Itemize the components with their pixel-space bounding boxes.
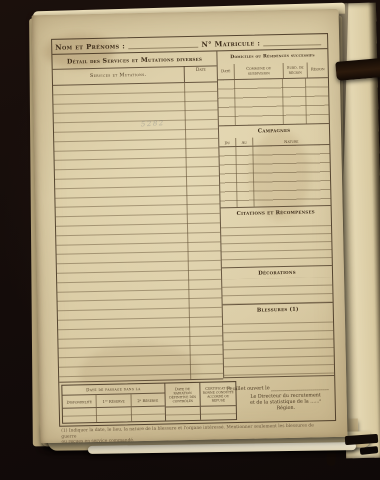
feuillet-date-blank [272, 385, 329, 391]
bottom-tables: Date de passage dans la Disponibilité 1ʳ… [61, 381, 237, 424]
matricule-label: N° Matricule : [201, 38, 260, 48]
certificat-column: Certificat de bonne conduite accordé ou … [200, 382, 236, 420]
passage-reserve1-header: 1ʳᵉ Réserve [96, 394, 131, 407]
services-table-body: 5282 [53, 82, 223, 382]
signature-line-2: et de la statistique de la ......ᵉ Régio… [241, 399, 331, 413]
residences-region-header: Région [307, 62, 328, 77]
handwritten-number: 5282 [118, 118, 188, 130]
matricule-blank-line [263, 37, 321, 46]
name-label: Nom et Prénoms : [55, 41, 125, 51]
residences-divider-2 [282, 79, 284, 124]
passage-table: Date de passage dans la Disponibilité 1ʳ… [62, 384, 165, 423]
campagnes-nature-header: Nature [252, 136, 329, 146]
radiation-column: Date de radiation définitive des contrôl… [164, 383, 200, 421]
residences-divider-3 [305, 79, 307, 124]
signature-block: Le Directeur du recrutement et de la sta… [227, 393, 331, 413]
passage-reserve2-header: 2ᵉ Réserve [130, 394, 165, 407]
passage-body [63, 407, 165, 423]
campagnes-du-header: Du [219, 138, 235, 146]
residences-subdivision-header: Subd. de région [283, 63, 307, 78]
certificat-header: Certificat de bonne conduite accordé ou … [201, 382, 236, 407]
certificat-cell [201, 406, 236, 420]
campagnes-divider-1 [235, 147, 237, 207]
citations-ruled-lines [221, 218, 332, 268]
date-column-header: Date [184, 65, 217, 82]
feuillet-open-line: Feuillet ouvert le [226, 384, 330, 392]
record-form: Nom et Prénoms : N° Matricule : Détail d… [51, 33, 336, 427]
radiation-cell [166, 407, 201, 421]
passage-cell [96, 407, 131, 422]
passage-cell [130, 407, 165, 422]
services-column-header: Services et Mutations. [53, 66, 184, 85]
feuillet-closing-block: Feuillet ouvert le Le Directeur du recru… [224, 382, 333, 420]
document-page: Nom et Prénoms : N° Matricule : Détail d… [32, 9, 348, 443]
residences-date-header: Date [218, 64, 234, 79]
residences-commune-header: Commune ou subdivision [234, 63, 283, 79]
campagnes-table: Du Au Nature [219, 136, 330, 208]
residences-table: Date Commune ou subdivision Subd. de rég… [218, 62, 329, 126]
passage-disponibilite-header: Disponibilité [63, 395, 97, 408]
services-date-divider [184, 83, 191, 379]
radiation-header: Date de radiation définitive des contrôl… [165, 383, 200, 408]
residences-divider-1 [234, 80, 236, 125]
decorations-ruled-lines [222, 277, 333, 305]
campagnes-table-body [219, 145, 330, 207]
campagnes-au-header: Au [235, 138, 252, 146]
name-blank-line [128, 40, 199, 49]
residences-table-body [218, 78, 329, 125]
blessures-ruled-lines [223, 314, 334, 378]
campagnes-divider-2 [252, 147, 254, 207]
binding-clasp [335, 58, 380, 81]
passage-cell [63, 408, 97, 423]
